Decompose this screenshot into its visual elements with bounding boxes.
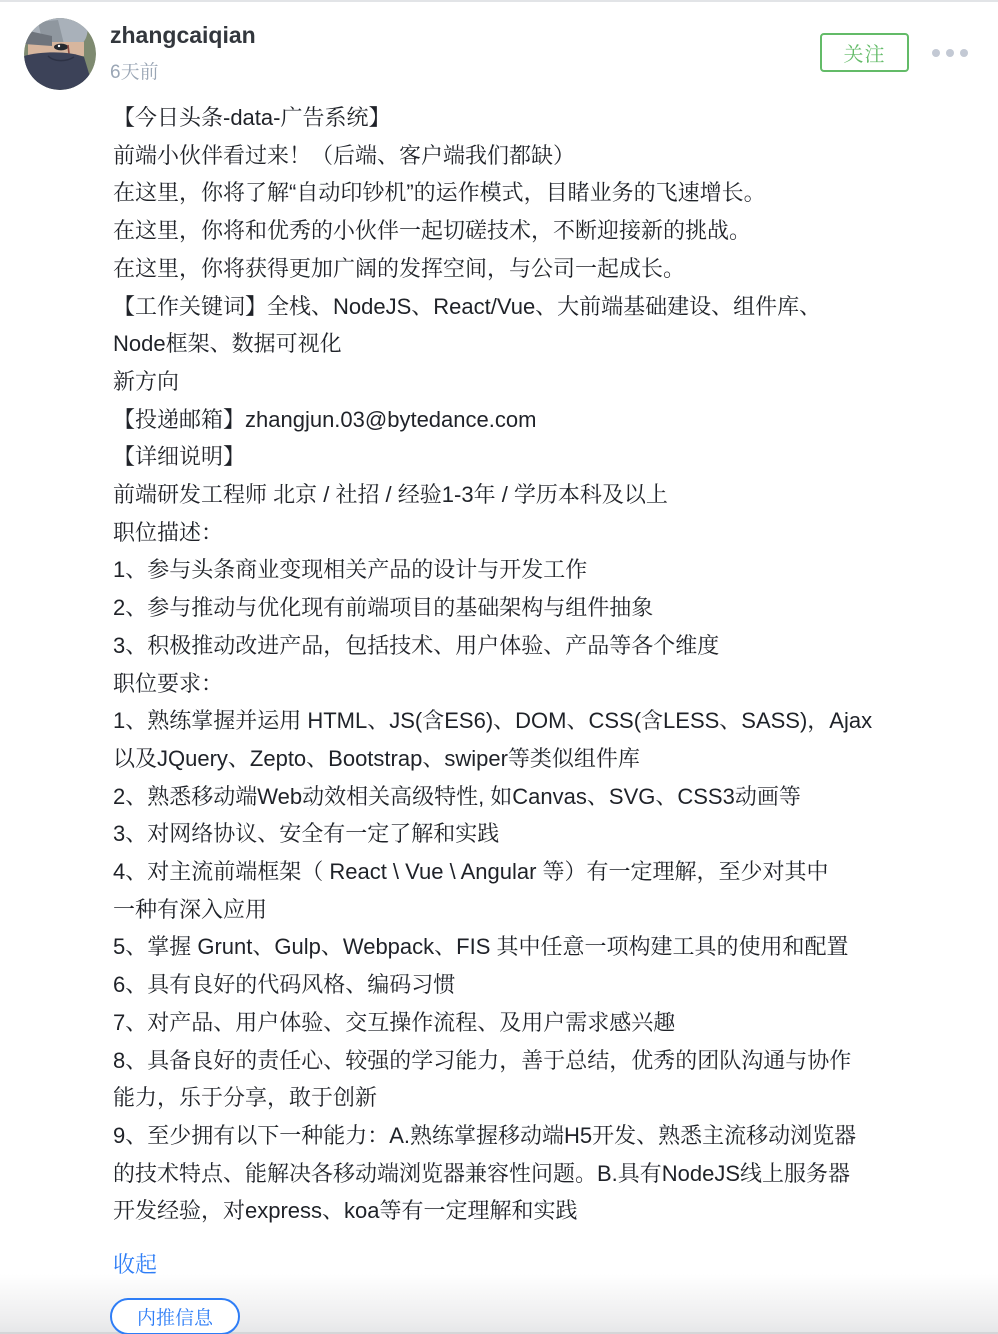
post-line: 以及JQuery、Zepto、Bootstrap、swiper等类似组件库: [113, 740, 968, 778]
post-line: 3、对网络协议、安全有一定了解和实践: [113, 815, 968, 853]
post-line: 5、掌握 Grunt、Gulp、Webpack、FIS 其中任意一项构建工具的使…: [113, 928, 968, 966]
post-line: 一种有深入应用: [113, 891, 968, 929]
post-card: zhangcaiqian 6天前 关注 【今日头条-data-广告系统】前端小伙…: [0, 0, 998, 1334]
ellipsis-icon: [946, 49, 954, 57]
post-line: 新方向: [113, 363, 968, 401]
more-options-button[interactable]: [932, 46, 976, 60]
post-line: 【工作关键词】全栈、NodeJS、React/Vue、大前端基础建设、组件库、: [113, 288, 968, 326]
post-line: 【今日头条-data-广告系统】: [113, 99, 968, 137]
post-line: 在这里，你将和优秀的小伙伴一起切磋技术，不断迎接新的挑战。: [113, 212, 968, 250]
timestamp: 6天前: [110, 57, 159, 84]
username[interactable]: zhangcaiqian: [110, 22, 256, 49]
post-line: 的技术特点、能解决各移动端浏览器兼容性问题。B.具有NodeJS线上服务器: [113, 1155, 968, 1193]
post-line: 1、参与头条商业变现相关产品的设计与开发工作: [113, 551, 968, 589]
referral-info-button[interactable]: 内推信息: [110, 1298, 240, 1334]
post-line: 【投递邮箱】zhangjun.03@bytedance.com: [113, 401, 968, 439]
post-line: Node框架、数据可视化: [113, 325, 968, 363]
post-line: 9、至少拥有以下一种能力：A.熟练掌握移动端H5开发、熟悉主流移动浏览器: [113, 1117, 968, 1155]
post-line: 2、参与推动与优化现有前端项目的基础架构与组件抽象: [113, 589, 968, 627]
post-line: 6、具有良好的代码风格、编码习惯: [113, 966, 968, 1004]
post-line: 4、对主流前端框架（ React \ Vue \ Angular 等）有一定理解…: [113, 853, 968, 891]
kakashi-avatar-image: [24, 18, 96, 90]
ellipsis-icon: [932, 49, 940, 57]
post-line: 2、熟悉移动端Web动效相关高级特性, 如Canvas、SVG、CSS3动画等: [113, 778, 968, 816]
post-line: 开发经验，对express、koa等有一定理解和实践: [113, 1192, 968, 1230]
post-line: 7、对产品、用户体验、交互操作流程、及用户需求感兴趣: [113, 1004, 968, 1042]
follow-button[interactable]: 关注: [820, 33, 909, 72]
post-line: 在这里，你将了解“自动印钞机”的运作模式，目睹业务的飞速增长。: [113, 174, 968, 212]
post-line: 职位描述：: [113, 514, 968, 552]
post-line: 3、积极推动改进产品，包括技术、用户体验、产品等各个维度: [113, 627, 968, 665]
ellipsis-icon: [960, 49, 968, 57]
post-line: 能力，乐于分享，敢于创新: [113, 1079, 968, 1117]
avatar[interactable]: [24, 18, 96, 90]
post-line: 前端研发工程师 北京 / 社招 / 经验1-3年 / 学历本科及以上: [113, 476, 968, 514]
post-line: 在这里，你将获得更加广阔的发挥空间，与公司一起成长。: [113, 250, 968, 288]
post-body: 【今日头条-data-广告系统】前端小伙伴看过来！（后端、客户端我们都缺）在这里…: [113, 99, 968, 1230]
post-line: 职位要求：: [113, 665, 968, 703]
post-line: 1、熟练掌握并运用 HTML、JS(含ES6)、DOM、CSS(含LESS、SA…: [113, 702, 968, 740]
collapse-link[interactable]: 收起: [113, 1250, 157, 1280]
post-line: 前端小伙伴看过来！（后端、客户端我们都缺）: [113, 137, 968, 175]
post-line: 8、具备良好的责任心、较强的学习能力，善于总结，优秀的团队沟通与协作: [113, 1042, 968, 1080]
post-line: 【详细说明】: [113, 438, 968, 476]
